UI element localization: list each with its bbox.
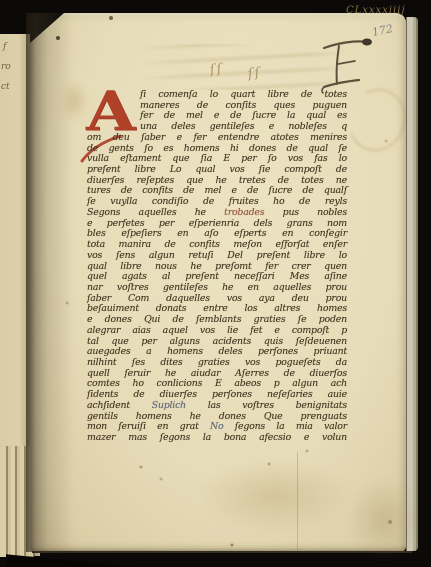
crease-line (297, 452, 298, 550)
manuscript-line: alegrar aias aquel vos lie fet e compoſt… (87, 326, 347, 337)
quire-mark-f-icon (312, 34, 382, 96)
fore-edge-page-stack (406, 17, 418, 551)
manuscript-line: mazer mas ſegons la bona afecsio e volun (87, 433, 347, 444)
speck-dots (0, 0, 2, 2)
stain-blot (60, 80, 88, 122)
facing-page-fragment: f (3, 42, 6, 52)
text-block: ſi comenſa lo quart libre de totesmanere… (87, 90, 347, 444)
page-bottom-edge (32, 551, 412, 553)
stain-blot (198, 460, 353, 532)
manuscript-line: vos ſens algun retuſi Del preſent libre … (87, 251, 347, 262)
flourish-mark: ſſ (209, 61, 225, 78)
manuscript-line: achſident Suplich las voſtres benignitat… (87, 401, 347, 412)
manuscript-line: om deu ſaber e fer entendre atotes menir… (87, 133, 347, 144)
manuscript-photo: f ro ct CLxxxxiiij 172 ſſ ſſ A ſi comenſ… (0, 0, 431, 567)
stain-blot (348, 478, 420, 560)
flourish-mark: ſſ (247, 65, 263, 82)
folio-number-ink: CLxxxxiiij (346, 5, 406, 16)
facing-page-fragment: ct (1, 82, 10, 92)
facing-page-fragment: ro (1, 62, 11, 72)
